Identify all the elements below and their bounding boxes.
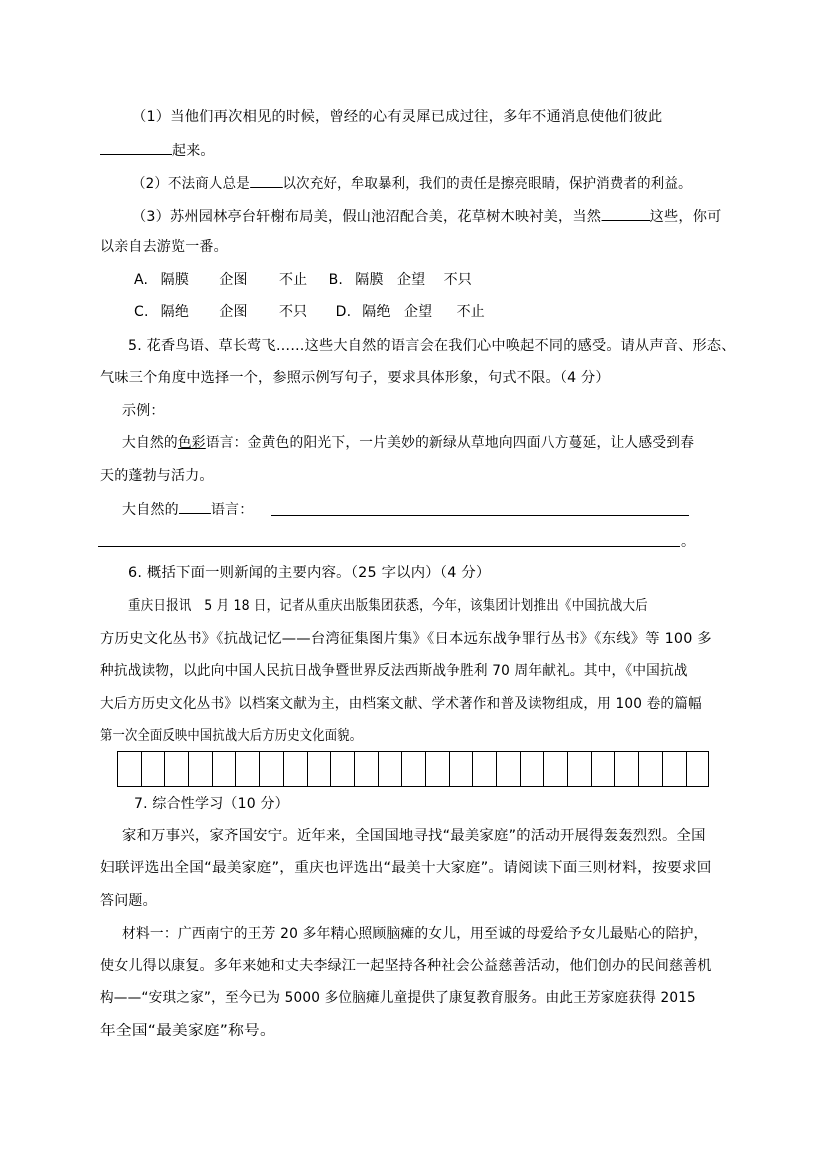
q4-item3-line1: （3）苏州园林亭台轩榭布局美，假山池沼配合美，花草树木映衬美，当然这些，你可 [132, 206, 722, 224]
option-a-word2: 企图 [219, 271, 274, 289]
option-a-word1: 隔膜 [161, 271, 215, 289]
option-d-label[interactable]: D. [336, 303, 358, 321]
answer-blank[interactable] [250, 173, 283, 188]
option-d-word2: 企望 [404, 303, 452, 321]
grid-cell[interactable] [330, 752, 354, 786]
option-d-word1: 隔绝 [362, 303, 399, 321]
grid-cell[interactable] [141, 752, 165, 786]
q5-example-line1: 大自然的色彩语言：金黄色的阳光下，一片美妙的新绿从草地向四面八方蔓延，让人感受到… [122, 434, 694, 452]
answer-blank[interactable] [100, 140, 172, 155]
grid-cell[interactable] [164, 752, 188, 786]
option-b-word1: 隔膜 [355, 271, 392, 289]
q4-item2-suffix: 以次充好，牟取暴利，我们的责任是擦亮眼睛，保护消费者的利益。 [283, 176, 692, 192]
q6-title: 6. 概括下面一则新闻的主要内容。（25 字以内）（4 分） [128, 564, 490, 582]
answer-end-period: 。 [681, 533, 695, 551]
q5-example-line2: 天的蓬勃与活力。 [100, 467, 214, 485]
q4-options-row1: A. 隔膜 企图 不止 B. 隔膜 企望 不只 [134, 271, 472, 289]
answer-blank-category[interactable] [179, 499, 211, 514]
option-d-word3: 不止 [457, 304, 485, 320]
q6-news-line2: 方历史文化丛书》《抗战记忆——台湾征集图片集》《日本远东战争罪行丛书》《东线》等… [100, 630, 712, 648]
answer-line-2[interactable] [98, 545, 680, 547]
example-suffix: 语言：金黄色的阳光下，一片美妙的新绿从草地向四面八方蔓延，让人感受到春 [206, 435, 694, 451]
option-c-word1: 隔绝 [161, 303, 215, 321]
q7-title: 7. 综合性学习（10 分） [134, 795, 289, 813]
example-prefix: 大自然的 [122, 435, 178, 451]
option-c-word2: 企图 [219, 303, 274, 321]
grid-cell[interactable] [378, 752, 402, 786]
q7-material1-line3: 构——“安琪之家”，至今已为 5000 多位脑瘫儿童提供了康复教育服务。由此王芳… [100, 989, 696, 1007]
q5-example-label: 示例： [122, 402, 165, 420]
grid-cell[interactable] [520, 752, 544, 786]
grid-cell[interactable] [638, 752, 662, 786]
grid-cell[interactable] [117, 752, 141, 786]
example-underlined-word: 色彩 [178, 435, 206, 451]
grid-cell[interactable] [235, 752, 259, 786]
grid-cell[interactable] [543, 752, 567, 786]
option-a-word3: 不止 [279, 271, 324, 289]
q6-news-line4: 大后方历史文化丛书》以档案文献为主，由档案文献、学术著作和普及读物组成，用 10… [100, 695, 702, 713]
option-b-word2: 企望 [397, 271, 439, 289]
q5-line2: 气味三个角度中选择一个，参照示例写句子，要求具体形象，句式不限。（4 分） [100, 369, 610, 387]
q6-news-line1: 重庆日报讯 5 月 18 日，记者从重庆出版集团获悉，今年，该集团计划推出《中国… [128, 597, 648, 615]
option-a-label[interactable]: A. [134, 271, 156, 289]
grid-cell[interactable] [401, 752, 425, 786]
grid-cell[interactable] [662, 752, 686, 786]
q7-intro-line2: 妇联评选出全国“最美家庭”，重庆也评选出“最美十大家庭”。请阅读下面三则材料，按… [100, 859, 712, 877]
option-b-word3: 不只 [444, 272, 472, 288]
option-c-label[interactable]: C. [134, 303, 156, 321]
q4-options-row2: C. 隔绝 企图 不只 D. 隔绝 企望 不止 [134, 303, 485, 321]
answer-mid: 语言： [211, 502, 254, 518]
q5-answer-line1: 大自然的语言： [122, 499, 253, 517]
q7-material1-line1: 材料一：广西南宁的王芳 20 多年精心照顾脑瘫的女儿，用至诚的母爱给予女儿最贴心… [122, 925, 708, 943]
q7-material1-line4: 年全国“最美家庭”称号。 [100, 1022, 276, 1040]
grid-cell[interactable] [591, 752, 615, 786]
q4-item3-prefix: （3）苏州园林亭台轩榭布局美，假山池沼配合美，花草树木映衬美，当然 [132, 209, 601, 225]
answer-grid[interactable] [117, 751, 709, 787]
grid-cell[interactable] [212, 752, 236, 786]
q7-intro-line3: 答问题。 [100, 892, 157, 910]
grid-cell[interactable] [283, 752, 307, 786]
q6-news-line5: 第一次全面反映中国抗战大后方历史文化面貌。 [100, 727, 362, 745]
option-b-label[interactable]: B. [329, 271, 351, 289]
answer-line-1[interactable] [271, 514, 689, 516]
q4-item3-line2: 以亲自去游览一番。 [100, 238, 228, 256]
grid-cell[interactable] [307, 752, 331, 786]
q4-item2: （2）不法商人总是以次充好，牟取暴利，我们的责任是擦亮眼睛，保护消费者的利益。 [132, 173, 692, 191]
grid-cell[interactable] [449, 752, 473, 786]
grid-cell[interactable] [614, 752, 638, 786]
q4-item2-prefix: （2）不法商人总是 [132, 176, 250, 192]
q4-item1-suffix: 起来。 [172, 143, 215, 159]
q4-item1-line2: 起来。 [100, 140, 215, 158]
grid-cell[interactable] [354, 752, 378, 786]
q7-intro-line1: 家和万事兴，家齐国安宁。近年来，全国国地寻找“最美家庭”的活动开展得轰轰烈烈。全… [122, 827, 706, 845]
answer-blank[interactable] [601, 206, 650, 221]
q5-line1: 5. 花香鸟语、草长莺飞……这些大自然的语言会在我们心中唤起不同的感受。请从声音… [128, 337, 736, 355]
grid-cell[interactable] [567, 752, 591, 786]
grid-cell[interactable] [496, 752, 520, 786]
grid-cell[interactable] [425, 752, 449, 786]
option-c-word3: 不只 [279, 303, 331, 321]
grid-cell[interactable] [188, 752, 212, 786]
grid-cell[interactable] [472, 752, 496, 786]
answer-prefix: 大自然的 [122, 502, 179, 518]
q4-item1-line1: （1）当他们再次相见的时候，曾经的心有灵犀已成过往，多年不通消息使他们彼此 [132, 108, 662, 126]
grid-cell[interactable] [686, 752, 710, 786]
grid-cell[interactable] [259, 752, 283, 786]
q4-item3-suffix: 这些，你可 [650, 209, 722, 225]
q6-news-line3: 种抗战读物，以此向中国人民抗日战争暨世界反法西斯战争胜利 70 周年献礼。其中，… [100, 662, 688, 680]
q7-material1-line2: 使女儿得以康复。多年来她和丈夫李绿江一起坚持各种社会公益慈善活动，他们创办的民间… [100, 957, 712, 975]
